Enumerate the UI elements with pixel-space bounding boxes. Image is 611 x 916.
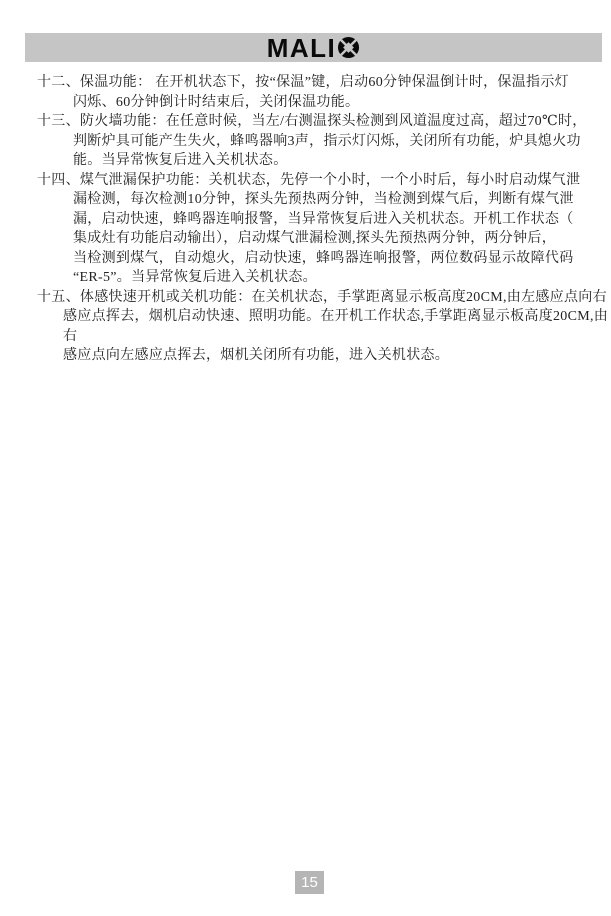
brand-wordmark: MALI [267,35,337,61]
manual-list: 十二、保温功能： 在开机状态下，按“保温”键，启动60分钟保温倒计时，保温指示灯… [37,73,609,366]
manual-item-15-gesture-power-function: 十五、体感快速开机或关机功能：在关机状态，手掌距离显示板高度20CM,由左感应点… [37,288,609,366]
segmented-circle-o-icon [337,36,360,59]
brand-logo: MALI [267,35,361,61]
manual-item-13-firewall-function: 十三、防火墙功能：在任意时候，当左/右测温探头检测到风道温度过高，超过70℃时，… [37,112,609,171]
manual-page: { "brand": { "wordmark": "MALI", "logo_i… [0,0,611,916]
page-number-badge: 15 [295,871,324,894]
brand-bar: MALI [25,33,602,62]
manual-item-14-gas-leak-protection: 十四、煤气泄漏保护功能：关机状态，先停一个小时，一个小时后，每小时启动煤气泄 漏… [37,171,609,288]
manual-item-12-keep-warm-function: 十二、保温功能： 在开机状态下，按“保温”键，启动60分钟保温倒计时，保温指示灯… [37,73,609,112]
